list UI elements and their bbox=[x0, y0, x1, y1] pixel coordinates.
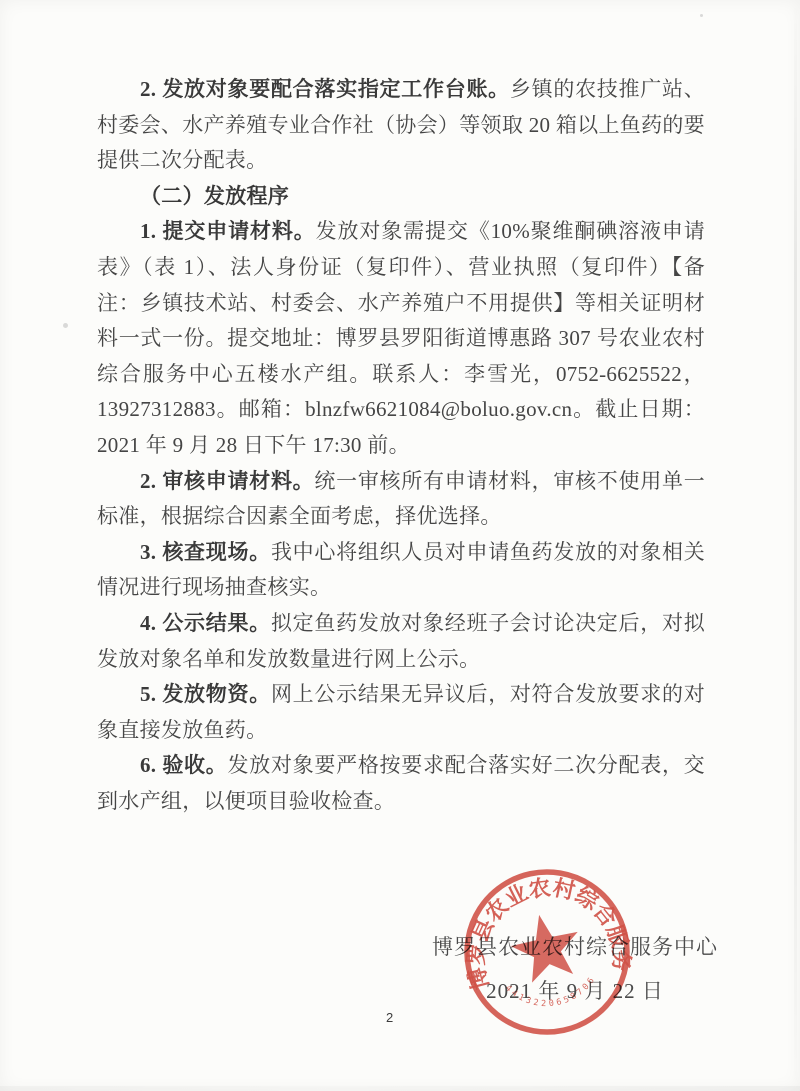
step-3-site-verification: 3. 核查现场。我中心将组织人员对申请鱼药发放的对象相关情况进行现场抽查核实。 bbox=[97, 535, 705, 606]
page-number: 2 bbox=[386, 1010, 393, 1025]
scan-speck bbox=[63, 323, 68, 328]
scan-edge-artifact bbox=[0, 1086, 800, 1091]
signature-date: 2021 年 9 月 22 日 bbox=[430, 975, 720, 1005]
step-2-review-materials: 2. 审核申请材料。统一审核所有申请材料，审核不使用单一标准，根据综合因素全面考… bbox=[97, 464, 705, 535]
step-5-lead: 5. 发放物资。 bbox=[140, 682, 271, 706]
step-4-lead: 4. 公示结果。 bbox=[140, 611, 271, 635]
scan-edge-artifact bbox=[794, 0, 797, 1091]
section-heading-distribution-procedure: （二）发放程序 bbox=[97, 179, 705, 215]
scan-speck bbox=[700, 14, 703, 17]
step-2-lead: 2. 审核申请材料。 bbox=[140, 469, 314, 493]
step-4-publicize-results: 4. 公示结果。拟定鱼药发放对象经班子会讨论决定后，对拟发放对象名单和发放数量进… bbox=[97, 606, 705, 677]
paragraph-work-ledger-lead: 2. 发放对象要配合落实指定工作台账。 bbox=[140, 77, 510, 101]
paragraph-work-ledger: 2. 发放对象要配合落实指定工作台账。乡镇的农技推广站、村委会、水产养殖专业合作… bbox=[97, 72, 705, 179]
document-body: 2. 发放对象要配合落实指定工作台账。乡镇的农技推广站、村委会、水产养殖专业合作… bbox=[97, 72, 705, 819]
step-1-lead: 1. 提交申请材料。 bbox=[140, 219, 316, 243]
step-1-submit-materials: 1. 提交申请材料。发放对象需提交《10%聚维酮碘溶液申请表》（表 1）、法人身… bbox=[97, 214, 705, 463]
signature-organization: 博罗县农业农村综合服务中心 bbox=[430, 931, 720, 961]
signature-block: 博罗县农业农村综合服务中心 2021 年 9 月 22 日 bbox=[430, 931, 720, 1005]
step-3-lead: 3. 核查现场。 bbox=[140, 540, 271, 564]
step-6-lead: 6. 验收。 bbox=[140, 753, 228, 777]
step-6-acceptance-check: 6. 验收。发放对象要严格按要求配合落实好二次分配表，交到水产组，以便项目验收检… bbox=[97, 748, 705, 819]
step-1-text: 发放对象需提交《10%聚维酮碘溶液申请表》（表 1）、法人身份证（复印件）、营业… bbox=[97, 219, 705, 457]
step-5-distribute-supplies: 5. 发放物资。网上公示结果无异议后，对符合发放要求的对象直接发放鱼药。 bbox=[97, 677, 705, 748]
document-page: 2. 发放对象要配合落实指定工作台账。乡镇的农技推广站、村委会、水产养殖专业合作… bbox=[0, 0, 800, 1091]
